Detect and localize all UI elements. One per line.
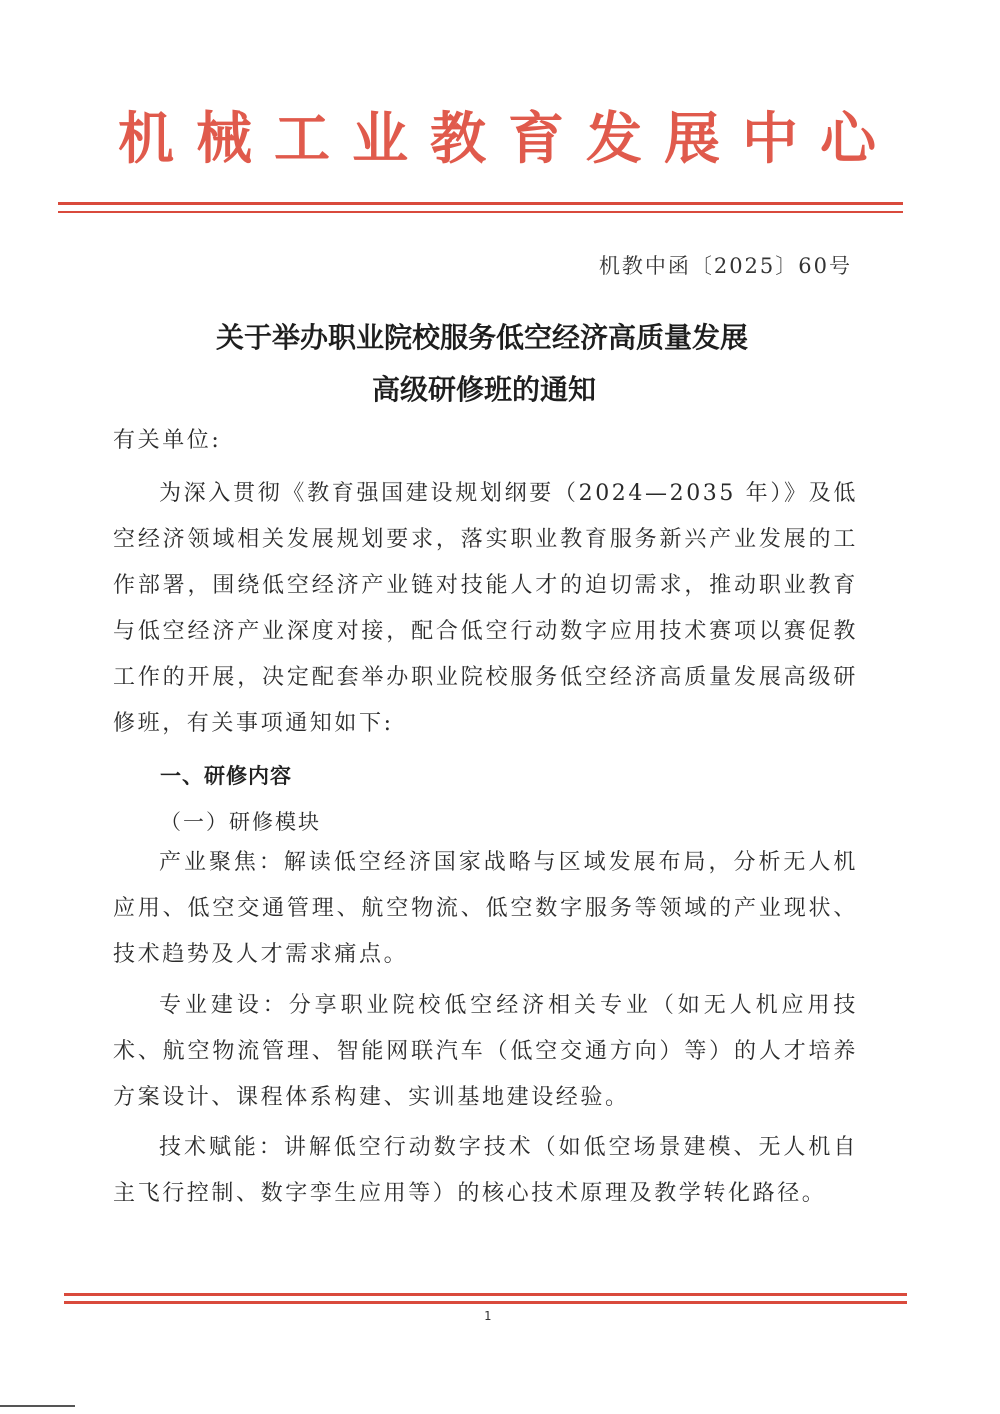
paragraph-tech-enablement: 技术赋能：讲解低空行动数字技术（如低空场景建模、无人机自主飞行控制、数字孪生应用… [113,1125,858,1217]
masthead-organization: 机械工业教育发展中心 [118,100,848,178]
section-heading: 一、研修内容 [160,760,292,790]
intro-paragraph: 为深入贯彻《教育强国建设规划纲要（2024—2035 年）》及低空经济领域相关发… [113,471,858,747]
footer-rule-bottom [64,1301,907,1304]
header-rule-top [58,202,903,205]
salutation: 有关单位: [113,418,858,464]
document-title-line1: 关于举办职业院校服务低空经济高质量发展 [0,316,982,356]
paragraph-program-building: 专业建设：分享职业院校低空经济相关专业（如无人机应用技术、航空物流管理、智能网联… [113,983,858,1121]
subsection-heading: （一）研修模块 [160,806,321,836]
document-number: 机教中函〔2025〕60号 [599,250,852,280]
footer-rule-top [64,1293,907,1296]
page-number: 1 [484,1309,491,1323]
header-rule-bottom [58,211,903,213]
scan-edge-mark [0,1405,75,1407]
paragraph-industry-focus: 产业聚焦：解读低空经济国家战略与区域发展布局，分析无人机应用、低空交通管理、航空… [113,840,858,978]
document-title-line2: 高级研修班的通知 [0,368,984,408]
